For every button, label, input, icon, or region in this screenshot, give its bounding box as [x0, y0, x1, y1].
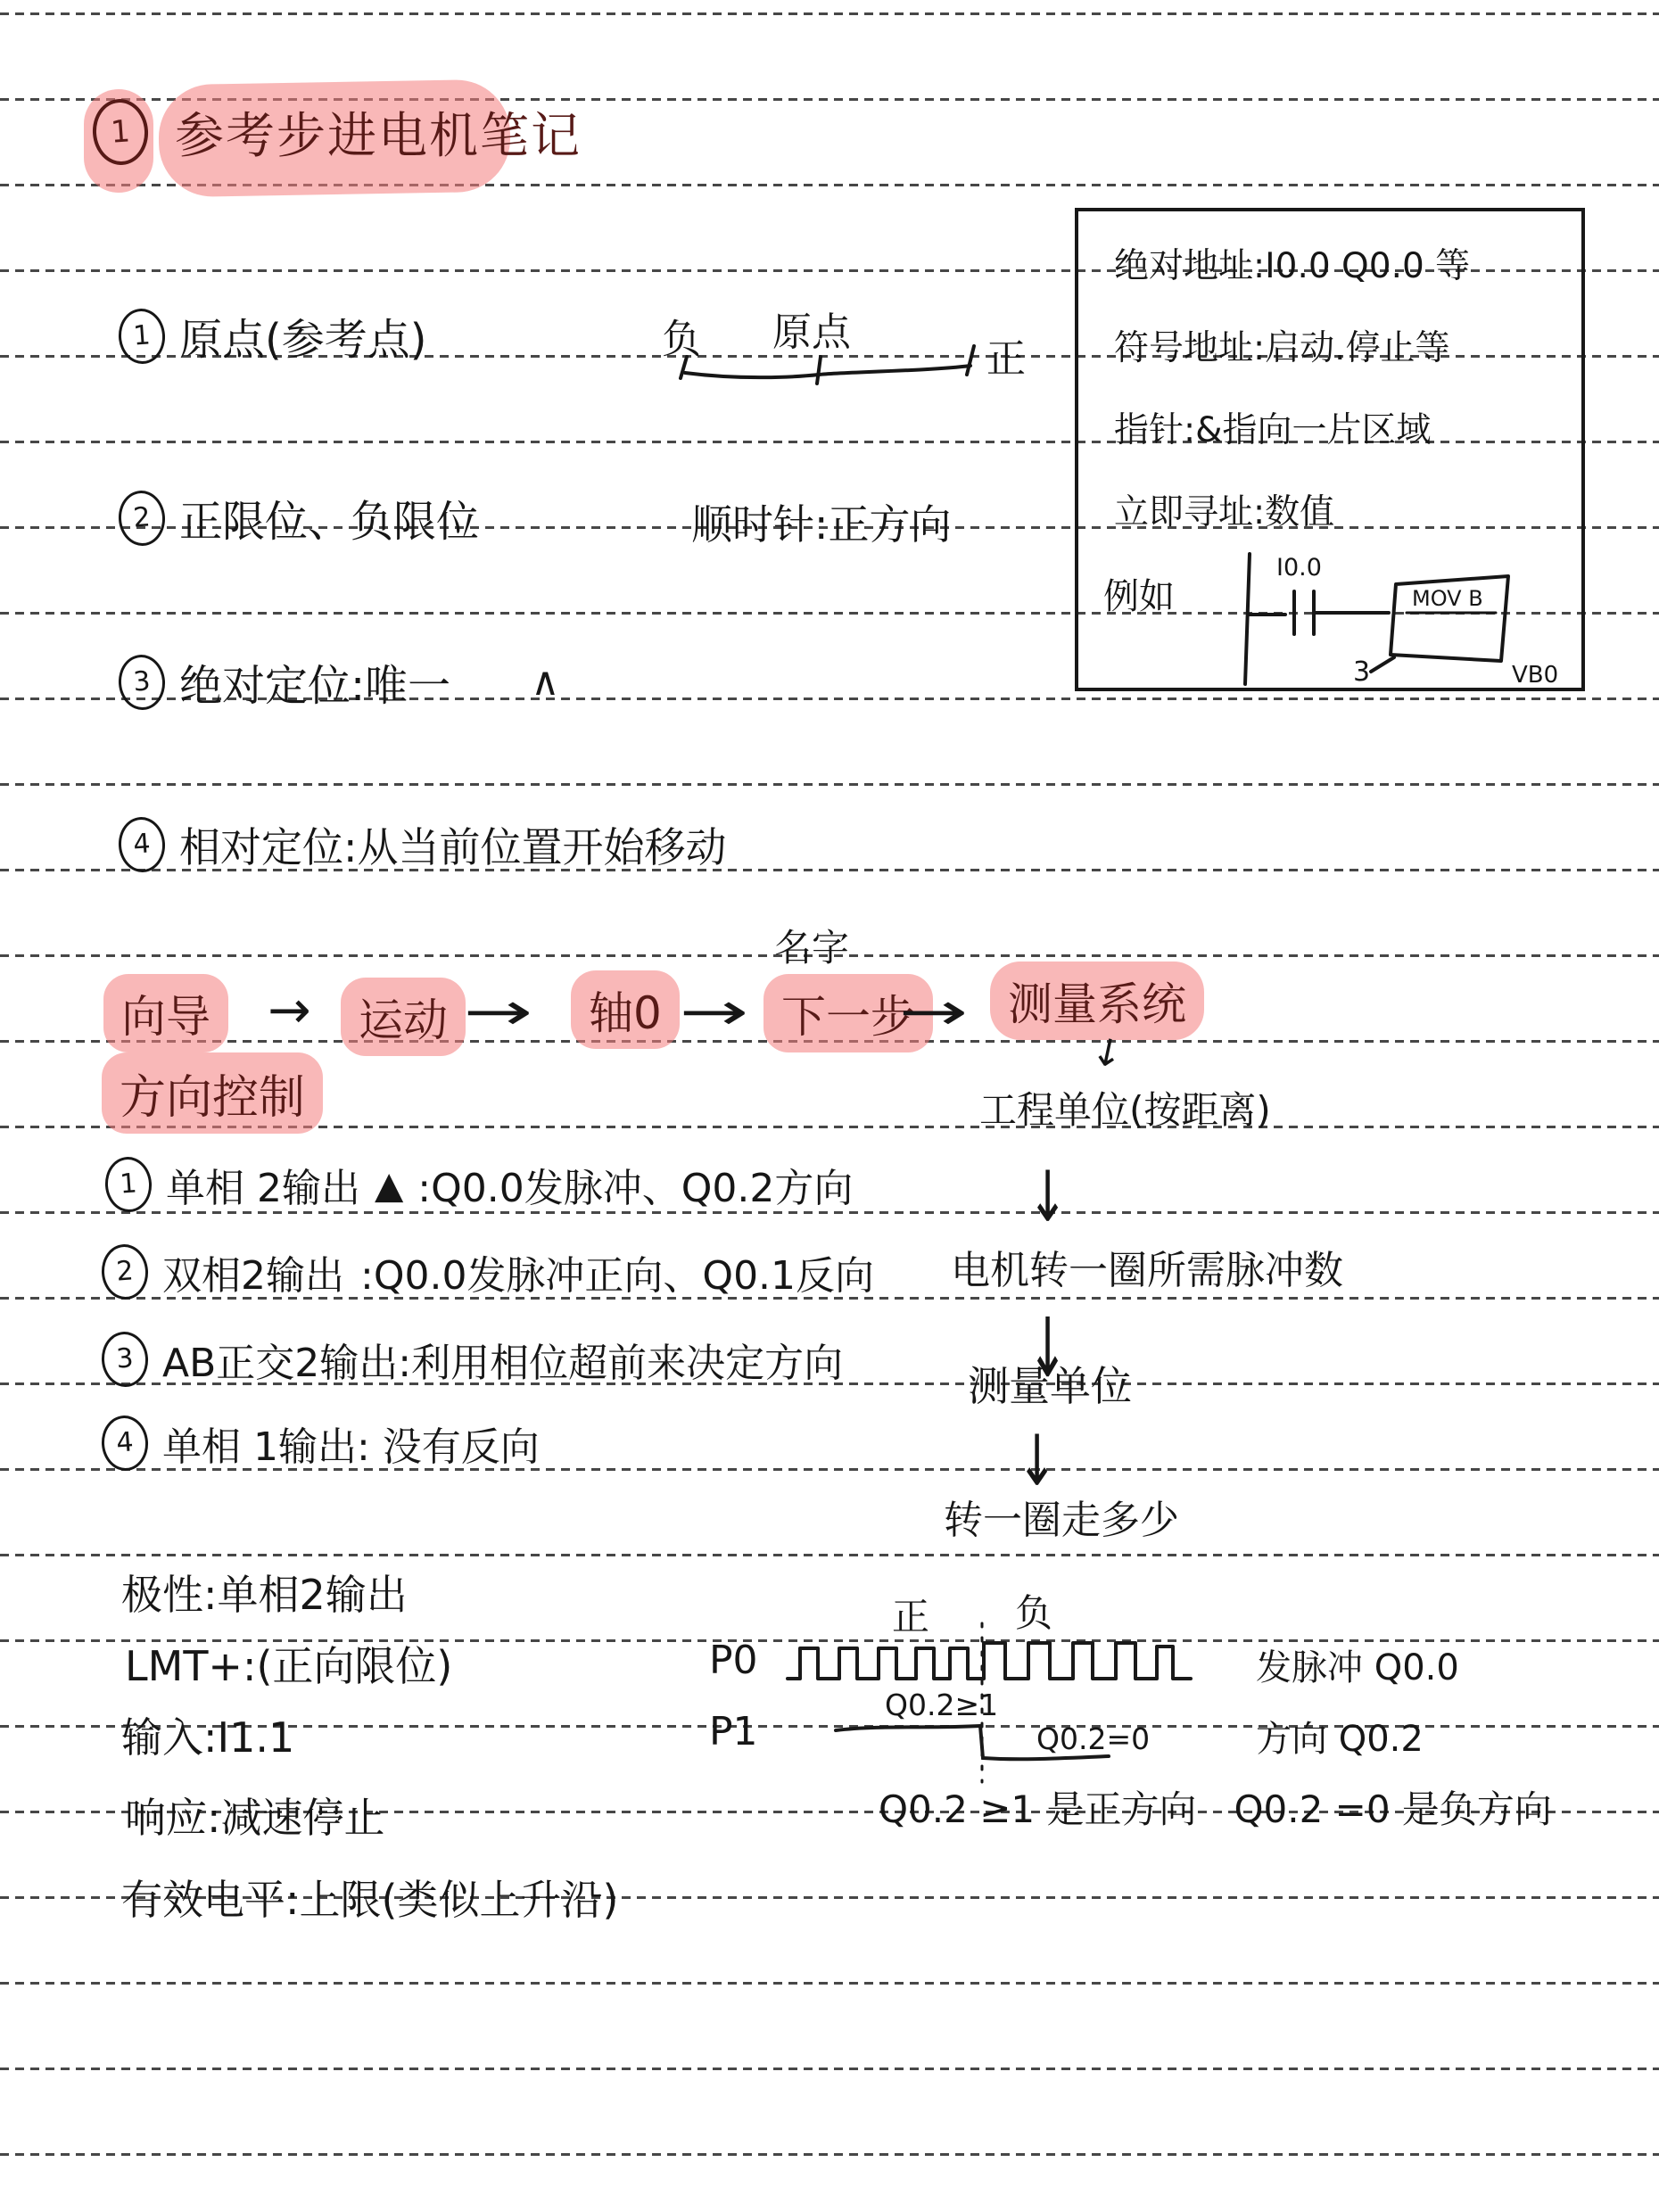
- prop-response: 响应:减速停止: [125, 1786, 385, 1845]
- axis-negative-label: 负: [662, 307, 701, 364]
- flow-arrow: →: [268, 979, 311, 1040]
- flow-arrow: →: [679, 981, 748, 1042]
- row-limits-text: 正限位、负限位: [179, 487, 479, 549]
- page-title-text: 参考步进电机笔记: [175, 96, 582, 167]
- mode-ab-quadrature: 3 AB正交2输出 :利用相位超前来决定方向: [102, 1331, 843, 1388]
- addressing-note-box: 绝对地址:I0.0 Q0.0 等 符号地址:启动.停止等 指针:&指向一片区域 …: [1075, 208, 1585, 691]
- flow-step-wizard: 向导: [103, 974, 228, 1052]
- row-limits-number: 2: [117, 489, 167, 547]
- flow-arrow: →: [898, 981, 968, 1042]
- ladder-op-label: MOV B: [1412, 586, 1483, 611]
- wave-p0-label: P0: [709, 1638, 758, 1683]
- flow-step-axis0: 轴0: [571, 970, 680, 1049]
- pulse-train-path: [788, 1643, 1191, 1679]
- notebook-page: 1 参考步进电机笔记 绝对地址:I0.0 Q0.0 等 符号地址:启动.停止等 …: [0, 0, 1659, 2212]
- axis-positive-label: 正: [986, 326, 1026, 384]
- direction-note: Q0.2 ≥1 是正方向 Q0.2 =0 是负方向: [879, 1780, 1552, 1834]
- direction-control-label: 方向控制: [102, 1052, 323, 1134]
- mode1-desc: :Q0.0发脉冲、Q0.2方向: [417, 1156, 853, 1213]
- row-limits: 2 正限位、负限位: [119, 487, 479, 549]
- clockwise-note: 顺时针:正方向: [691, 492, 952, 551]
- down-arrow: ↓: [1028, 1156, 1068, 1237]
- row-relative-text: 相对定位:从当前位置开始移动: [179, 815, 727, 874]
- caret-mark: ∧: [531, 659, 559, 705]
- prop-active-level: 有效电平:上限(类似上升沿): [121, 1868, 618, 1927]
- direction-low-label: Q0.2=0: [1036, 1721, 1150, 1756]
- ladder-output-label: VB0: [1512, 662, 1558, 689]
- mode1-text: 单相 2输出: [166, 1156, 360, 1213]
- chain-pulses-per-rev: 电机转一圈所需脉冲数: [951, 1238, 1343, 1295]
- row-origin: 1 原点(参考点): [119, 305, 426, 367]
- chain-measurement-unit: 测量单位: [968, 1354, 1132, 1413]
- mode2-text: 双相2输出: [162, 1243, 344, 1300]
- ladder-input-wire: [1371, 657, 1394, 672]
- ladder-diagram-sketch: I0.0 MOV B 3 VB0: [1230, 549, 1578, 691]
- row-origin-number: 1: [117, 307, 167, 365]
- direction-output-label: 方向 Q0.2: [1256, 1711, 1424, 1762]
- mode4-desc: : 没有反向: [357, 1415, 540, 1472]
- mode4-number: 4: [100, 1414, 150, 1472]
- pointer-note: 指针:&指向一片区域: [1114, 402, 1432, 452]
- title-circled-number: 1: [90, 96, 150, 166]
- triangle-doodle-icon: ▲: [375, 1163, 403, 1207]
- row-absolute-positioning: 3 绝对定位:唯一 ∧: [119, 651, 559, 713]
- ladder-left-rail: [1245, 554, 1250, 684]
- mode3-text: AB正交2输出: [162, 1331, 398, 1388]
- flow-arrow: →: [463, 981, 532, 1042]
- mode4-text: 单相 1输出: [162, 1415, 357, 1472]
- mode-dual-phase-2: 2 双相2输出 :Q0.0发脉冲正向、Q0.1反向: [102, 1243, 874, 1300]
- chain-engineering-units: 工程单位(按距离): [979, 1081, 1271, 1135]
- row-origin-text: 原点(参考点): [179, 305, 426, 367]
- ladder-contact-label: I0.0: [1276, 554, 1322, 582]
- direction-high-label: Q0.2≥1: [885, 1688, 998, 1722]
- page-title: 1 参考步进电机笔记: [93, 96, 582, 167]
- immediate-addressing-note: 立即寻址:数值: [1114, 484, 1334, 534]
- ladder-contact-bars: [1294, 591, 1314, 634]
- name-annotation: 名字: [774, 919, 849, 972]
- symbolic-address-note: 符号地址:启动.停止等: [1114, 320, 1450, 370]
- mode1-number: 1: [103, 1155, 153, 1213]
- flow-step-motion: 运动: [341, 978, 466, 1056]
- ladder-input-value: 3: [1353, 656, 1370, 688]
- row-absolute-number: 3: [117, 653, 167, 711]
- prop-input: 输入:I1.1: [121, 1705, 294, 1764]
- chain-distance-per-rev: 转一圈走多少: [944, 1488, 1179, 1545]
- row-relative-positioning: 4 相对定位:从当前位置开始移动: [119, 815, 727, 874]
- row-absolute-text: 绝对定位:唯一: [179, 651, 450, 713]
- prop-polarity: 极性:单相2输出: [121, 1563, 408, 1622]
- mode2-number: 2: [100, 1242, 150, 1300]
- mode-single-phase-1: 4 单相 1输出 : 没有反向: [102, 1415, 540, 1472]
- pulse-output-label: 发脉冲 Q0.0: [1256, 1639, 1459, 1690]
- row-relative-number: 4: [117, 815, 167, 873]
- axis-origin-label: 原点: [772, 300, 851, 357]
- mode3-desc: :利用相位超前来决定方向: [398, 1331, 843, 1388]
- prop-lmt-plus: LMT+:(正向限位): [125, 1634, 452, 1693]
- example-label: 例如: [1103, 568, 1175, 619]
- absolute-address-note: 绝对地址:I0.0 Q0.0 等: [1114, 238, 1470, 288]
- mode3-number: 3: [100, 1330, 150, 1388]
- mode2-desc: :Q0.0发脉冲正向、Q0.1反向: [360, 1243, 874, 1300]
- axis-sketch: 负 原点 正: [660, 294, 1052, 392]
- wave-p1-label: P1: [709, 1709, 758, 1754]
- mode-single-phase-2: 1 单相 2输出 ▲ :Q0.0发脉冲、Q0.2方向: [105, 1156, 853, 1213]
